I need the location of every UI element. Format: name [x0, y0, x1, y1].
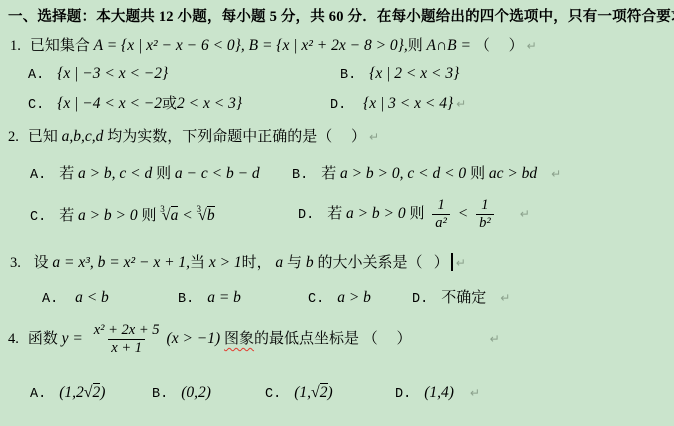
option-label: A. [42, 292, 58, 307]
text-run: 若 [321, 166, 340, 182]
math-run: a < b [71, 289, 109, 306]
text-run: 若 [59, 166, 78, 182]
math-run: {x | −3 < x < −2} [57, 65, 168, 82]
text-run: 时， [242, 255, 276, 271]
text-run: （ ） [475, 38, 524, 54]
exam-document-page[interactable]: 一、选择题：本大题共 12 小题，每小题 5 分，共 60 分．在每小题给出的四… [0, 0, 674, 426]
question-3-option-a: A. a < b [42, 288, 109, 309]
text-run: 的大小关系是（ ） [317, 255, 448, 271]
option-label: C. [30, 210, 46, 225]
option-label: A. [28, 68, 44, 83]
question-3-option-c: C.a > b [308, 288, 371, 309]
option-label: D. [298, 208, 314, 223]
paragraph-mark-icon: ↵ [490, 332, 500, 346]
question-1-option-c: C.{x | −4 < x < −2或2 < x < 3} [28, 94, 242, 115]
text-cursor [451, 253, 453, 271]
question-2-option-a: A.若 a > b, c < d 则 a − c < b − d [30, 164, 260, 185]
paragraph-mark-icon: ↵ [551, 167, 561, 181]
section-header: 一、选择题：本大题共 12 小题，每小题 5 分，共 60 分．在每小题给出的四… [8, 7, 674, 27]
option-label: C. [308, 292, 324, 307]
option-label: D. [412, 292, 428, 307]
question-2-stem: 2.已知 a,b,c,d 均为实数，下列命题中正确的是（ ）↵ [8, 127, 379, 147]
math-run: ac > bd [489, 165, 537, 182]
text-run: 设 [30, 255, 53, 271]
text-run: 若 [327, 206, 346, 222]
option-label: A. [30, 387, 46, 402]
question-1-option-d: D. {x | 3 < x < 4}↵ [330, 94, 466, 115]
option-label: C. [265, 387, 281, 402]
math-run: a = x³, b = x² − x + 1, [52, 254, 190, 271]
text-run: 则 [470, 166, 489, 182]
question-number: 4. [8, 331, 19, 347]
text-run: 不确定 [441, 290, 486, 306]
fraction: x² + 2x + 5x + 1 [91, 322, 163, 356]
text-run: 与 [287, 255, 306, 271]
question-4-option-a: A.(1,2√2) [30, 383, 105, 404]
math-run: x > 1 [209, 254, 242, 271]
option-label: B. [152, 387, 168, 402]
spellcheck-flagged-text: 图象 [224, 331, 254, 347]
text-run: 一、选择题：本大题共 12 小题，每小题 5 分，共 60 分．在每小题给出的四… [8, 9, 674, 25]
cube-root: 3√a [160, 207, 178, 224]
option-label: B. [292, 168, 308, 183]
math-run: (1,4) [424, 384, 454, 401]
text-run: 均为实数，下列命题中正确的是（ ） [107, 129, 366, 145]
question-4-option-c: C.(1,√2) [265, 383, 333, 404]
math-run: {x | 2 < x < 3} [369, 65, 459, 82]
paragraph-mark-icon: ↵ [456, 97, 466, 111]
question-4-option-b: B.(0,2) [152, 383, 211, 404]
math-run: {x | 3 < x < 4} [359, 95, 453, 112]
math-run: a > b > 0 [346, 205, 410, 222]
paragraph-mark-icon: ↵ [456, 256, 466, 270]
option-label: B. [178, 292, 194, 307]
math-run: < [178, 207, 196, 224]
option-label: D. [330, 98, 346, 113]
option-label: D. [395, 387, 411, 402]
math-run: a − c < b − d [175, 165, 260, 182]
square-root: √2 [311, 383, 328, 401]
question-4-stem: 4.函数 y = x² + 2x + 5x + 1(x > −1) 图象的最低点… [8, 322, 500, 356]
text-run: 则 [142, 208, 161, 224]
question-3-option-d: D.不确定↵ [412, 288, 510, 309]
text-run: 函数 [28, 331, 62, 347]
question-3-option-b: B.a = b [178, 288, 241, 309]
question-2-option-b: B.若 a > b > 0, c < d < 0 则 ac > bd↵ [292, 164, 561, 185]
math-run: a,b,c,d [62, 128, 108, 145]
math-run: ) [328, 384, 333, 401]
math-run: < [454, 205, 472, 222]
text-run: 则 [408, 38, 427, 54]
text-run: 则 [410, 206, 429, 222]
fraction: 1a² [432, 197, 450, 231]
math-run: a > b, c < d [78, 165, 156, 182]
math-run: (x > −1) [167, 330, 225, 347]
paragraph-mark-icon: ↵ [369, 130, 379, 144]
square-root: √2 [84, 383, 101, 401]
math-run: b [306, 254, 318, 271]
math-run: (0,2) [181, 384, 211, 401]
question-1-option-a: A.{x | −3 < x < −2} [28, 64, 168, 85]
option-label: B. [340, 68, 356, 83]
question-number: 2. [8, 129, 19, 145]
question-1-stem: 1.已知集合 A = {x | x² − x − 6 < 0}, B = {x … [10, 36, 537, 56]
math-run: a = b [207, 289, 241, 306]
text-run: 或 [162, 96, 177, 112]
math-run: a [275, 254, 287, 271]
math-run: ) [100, 384, 105, 401]
math-run: {x | −4 < x < −2 [57, 95, 162, 112]
text-run: 若 [59, 208, 78, 224]
paragraph-mark-icon: ↵ [500, 291, 510, 305]
question-4-option-d: D.(1,4)↵ [395, 383, 480, 404]
text-run: 的最低点坐标是 （ ） [254, 331, 412, 347]
question-2-option-c: C.若 a > b > 0 则 3√a < 3√b [30, 206, 215, 227]
text-run: 当 [190, 255, 209, 271]
cube-root: 3√b [197, 207, 215, 224]
math-run: a > b > 0, c < d < 0 [340, 165, 470, 182]
fraction: 1b² [476, 197, 494, 231]
math-run: 2 < x < 3} [177, 95, 242, 112]
paragraph-mark-icon: ↵ [527, 39, 537, 53]
question-2-option-d: D.若 a > b > 0 则 1a² < 1b²↵ [298, 197, 530, 231]
paragraph-mark-icon: ↵ [520, 207, 530, 221]
text-run: 则 [156, 166, 175, 182]
option-label: C. [28, 98, 44, 113]
question-3-stem: 3. 设 a = x³, b = x² − x + 1,当 x > 1时， a … [10, 253, 466, 273]
math-run: a > b > 0 [78, 207, 142, 224]
question-number: 3. [10, 255, 21, 271]
math-run: A∩B = [427, 37, 475, 54]
math-run: A = {x | x² − x − 6 < 0}, B = {x | x² + … [94, 37, 408, 54]
math-run: (1, [294, 384, 311, 401]
math-run: (1,2 [59, 384, 84, 401]
question-number: 1. [10, 38, 21, 54]
math-run: a > b [337, 289, 371, 306]
option-label: A. [30, 168, 46, 183]
text-run: 已知 [28, 129, 62, 145]
math-run: y = [62, 330, 87, 347]
paragraph-mark-icon: ↵ [470, 386, 480, 400]
question-1-option-b: B.{x | 2 < x < 3} [340, 64, 459, 85]
text-run: 已知集合 [30, 38, 94, 54]
